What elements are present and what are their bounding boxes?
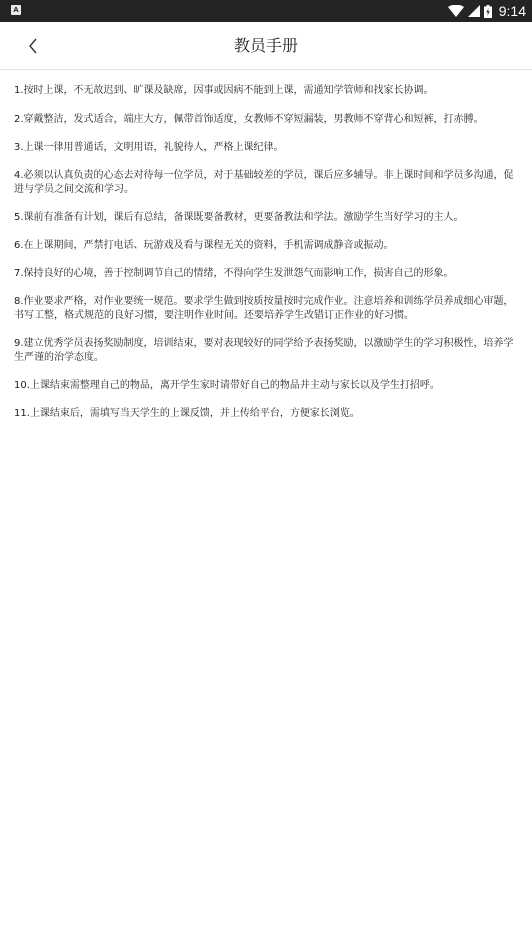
rule-item-9: 9.建立优秀学员表扬奖励制度，培训结束，要对表现较好的同学给予表扬奖励，以激励学… <box>14 337 518 365</box>
rule-item-6: 6.在上课期间，严禁打电话、玩游戏及看与课程无关的资料，手机需调成静音或振动。 <box>14 239 518 253</box>
rule-item-8: 8.作业要求严格，对作业要统一规范。要求学生做到按质按量按时完成作业。注意培养和… <box>14 295 518 323</box>
page-title: 教员手册 <box>0 22 532 70</box>
rule-item-4: 4.必须以认真负责的心态去对待每一位学员，对于基础较差的学员，课后应多辅导。非上… <box>14 169 518 197</box>
status-time: 9:14 <box>499 3 526 19</box>
rule-item-3: 3.上课一律用普通话，文明用语，礼貌待人，严格上课纪律。 <box>14 141 518 155</box>
app-notification-icon: A <box>11 5 21 15</box>
rule-item-11: 11.上课结束后，需填写当天学生的上课反馈，并上传给平台，方便家长浏览。 <box>14 407 518 421</box>
status-bar: A 9:14 <box>0 0 532 22</box>
status-icons: 9:14 <box>448 0 526 22</box>
battery-charging-icon <box>484 5 492 18</box>
wifi-icon <box>448 5 464 17</box>
rule-item-7: 7.保持良好的心境，善于控制调节自己的情绪，不得向学生发泄怨气而影响工作，损害自… <box>14 267 518 281</box>
signal-icon <box>468 5 480 17</box>
rule-item-10: 10.上课结束需整理自己的物品，离开学生家时请带好自己的物品并主动与家长以及学生… <box>14 379 518 393</box>
app-header: 教员手册 <box>0 22 532 70</box>
rule-item-1: 1.按时上课，不无故迟到、旷课及缺席，因事或因病不能到上课，需通知学管师和找家长… <box>14 84 518 98</box>
rule-item-2: 2.穿戴整洁，发式适合，端庄大方，佩带首饰适度，女教师不穿短漏装，男教师不穿背心… <box>14 113 518 127</box>
rule-item-5: 5.课前有准备有计划，课后有总结，备课既要备教材，更要备教法和学法。激励学生当好… <box>14 211 518 225</box>
